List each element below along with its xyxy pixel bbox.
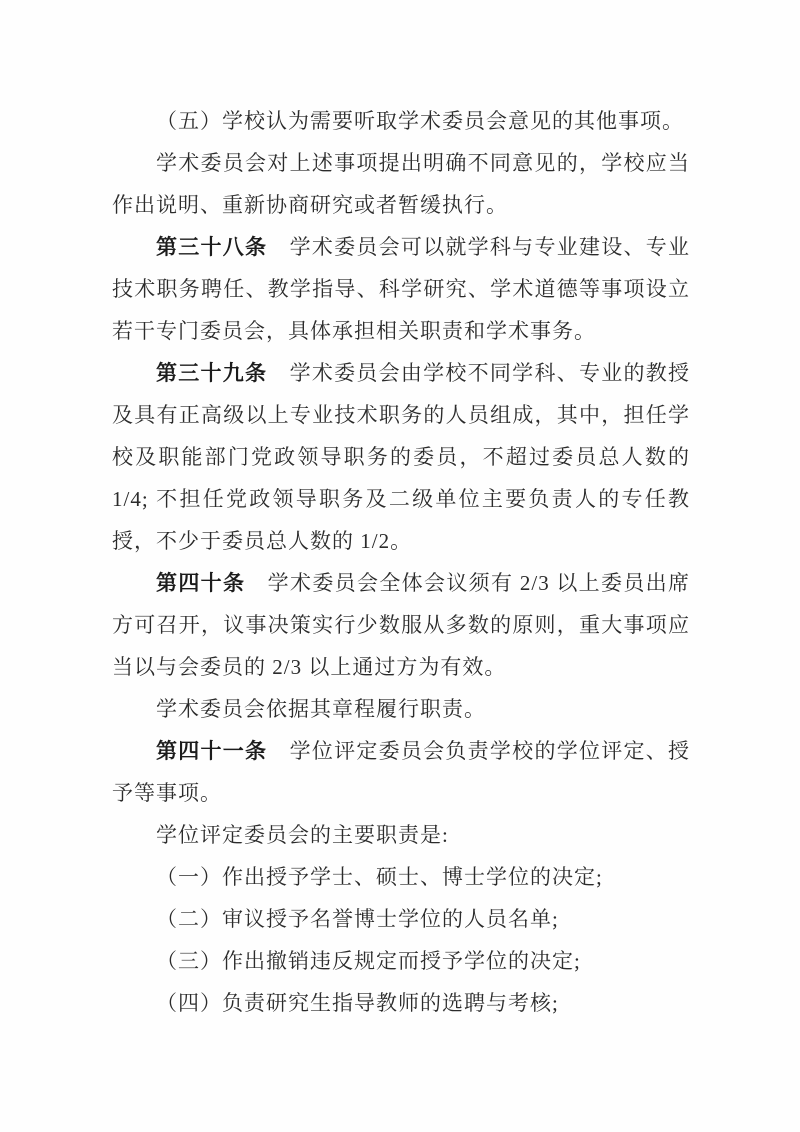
text-block: （五）学校认为需要听取学术委员会意见的其他事项。学术委员会对上述事项提出明确不同… (112, 100, 690, 1024)
text-line: 技术职务聘任、教学指导、科学研究、学术道德等事项设立 (112, 268, 690, 310)
line-text: 方可召开，议事决策实行少数服从多数的原则，重大事项应 (112, 613, 690, 637)
text-line: 予等事项。 (112, 772, 690, 814)
line-text: 学术委员会依据其章程履行职责。 (156, 697, 486, 721)
article-number: 第四十条 (156, 571, 245, 595)
line-text: 学术委员会全体会议须有 2/3 以上委员出席 (245, 571, 690, 595)
text-line: 方可召开，议事决策实行少数服从多数的原则，重大事项应 (112, 604, 690, 646)
text-line: 1/4; 不担任党政领导职务及二级单位主要负责人的专任教 (112, 478, 690, 520)
text-line: （三）作出撤销违反规定而授予学位的决定; (112, 940, 690, 982)
text-line: 若干专门委员会，具体承担相关职责和学术事务。 (112, 310, 690, 352)
line-text: 作出说明、重新协商研究或者暂缓执行。 (112, 193, 508, 217)
line-text: 学术委员会对上述事项提出明确不同意见的，学校应当 (156, 151, 690, 175)
text-line: 当以与会委员的 2/3 以上通过方为有效。 (112, 646, 690, 688)
line-text: 及具有正高级以上专业技术职务的人员组成，其中，担任学 (112, 403, 690, 427)
text-line: 及具有正高级以上专业技术职务的人员组成，其中，担任学 (112, 394, 690, 436)
article-number: 第三十九条 (156, 361, 267, 385)
text-line: 第三十九条 学术委员会由学校不同学科、专业的教授 (112, 352, 690, 394)
text-line: 第四十一条 学位评定委员会负责学校的学位评定、授 (112, 730, 690, 772)
line-text: 技术职务聘任、教学指导、科学研究、学术道德等事项设立 (112, 277, 690, 301)
line-text: 校及职能部门党政领导职务的委员，不超过委员总人数的 (112, 445, 690, 469)
line-text: （四）负责研究生指导教师的选聘与考核; (156, 991, 559, 1015)
article-number: 第四十一条 (156, 739, 267, 763)
line-text: 学位评定委员会负责学校的学位评定、授 (267, 739, 690, 763)
line-text: （五）学校认为需要听取学术委员会意见的其他事项。 (156, 109, 684, 133)
line-text: 若干专门委员会，具体承担相关职责和学术事务。 (112, 319, 596, 343)
line-text: （一）作出授予学士、硕士、博士学位的决定; (156, 865, 603, 889)
text-line: 学位评定委员会的主要职责是: (112, 814, 690, 856)
article-number: 第三十八条 (156, 235, 267, 259)
text-line: 授，不少于委员总人数的 1/2。 (112, 520, 690, 562)
text-line: 学术委员会依据其章程履行职责。 (112, 688, 690, 730)
page: （五）学校认为需要听取学术委员会意见的其他事项。学术委员会对上述事项提出明确不同… (0, 0, 800, 1132)
line-text: 学术委员会可以就学科与专业建设、专业 (267, 235, 690, 259)
text-line: 第三十八条 学术委员会可以就学科与专业建设、专业 (112, 226, 690, 268)
text-line: （一）作出授予学士、硕士、博士学位的决定; (112, 856, 690, 898)
line-text: （三）作出撤销违反规定而授予学位的决定; (156, 949, 581, 973)
line-text: （二）审议授予名誉博士学位的人员名单; (156, 907, 559, 931)
line-text: 学位评定委员会的主要职责是: (156, 823, 449, 847)
text-line: （四）负责研究生指导教师的选聘与考核; (112, 982, 690, 1024)
text-line: （五）学校认为需要听取学术委员会意见的其他事项。 (112, 100, 690, 142)
line-text: 1/4; 不担任党政领导职务及二级单位主要负责人的专任教 (112, 487, 690, 511)
text-line: 第四十条 学术委员会全体会议须有 2/3 以上委员出席 (112, 562, 690, 604)
text-line: 作出说明、重新协商研究或者暂缓执行。 (112, 184, 690, 226)
text-line: 校及职能部门党政领导职务的委员，不超过委员总人数的 (112, 436, 690, 478)
line-text: 授，不少于委员总人数的 1/2。 (112, 529, 412, 553)
text-line: （二）审议授予名誉博士学位的人员名单; (112, 898, 690, 940)
line-text: 学术委员会由学校不同学科、专业的教授 (267, 361, 690, 385)
line-text: 予等事项。 (112, 781, 222, 805)
text-line: 学术委员会对上述事项提出明确不同意见的，学校应当 (112, 142, 690, 184)
document-page: { "page": { "background_color": "#fefefe… (0, 0, 800, 1132)
line-text: 当以与会委员的 2/3 以上通过方为有效。 (112, 655, 506, 679)
